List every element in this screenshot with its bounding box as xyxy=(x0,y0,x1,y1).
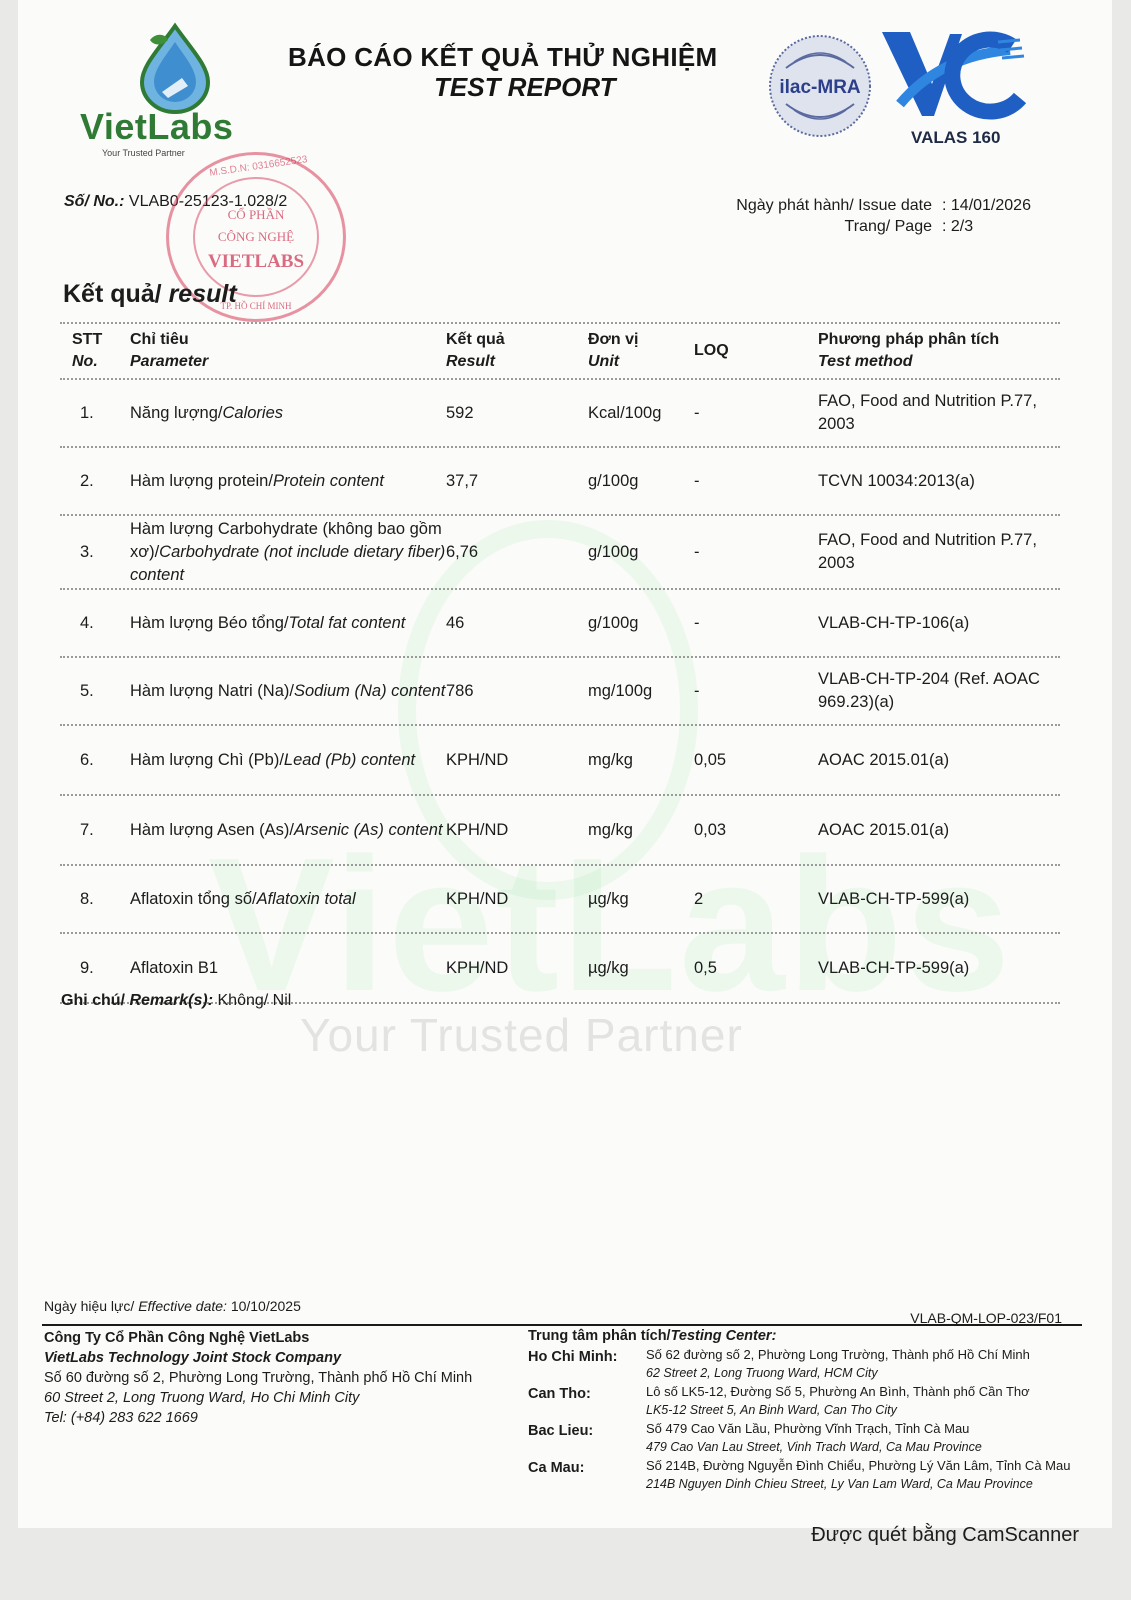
row-loq: - xyxy=(694,612,818,635)
row-unit: mg/kg xyxy=(588,819,694,842)
parameter-en: Aflatoxin total xyxy=(257,890,356,908)
row-result: 6,76 xyxy=(446,541,588,564)
row-parameter: Hàm lượng Natri (Na)/Sodium (Na) content xyxy=(130,680,446,703)
row-unit: mg/kg xyxy=(588,749,694,772)
row-method: FAO, Food and Nutrition P.77, 2003 xyxy=(818,390,1060,436)
row-method: AOAC 2015.01(a) xyxy=(818,749,1060,772)
row-parameter: Aflatoxin tổng số/Aflatoxin total xyxy=(130,888,446,911)
row-result: KPH/ND xyxy=(446,957,588,980)
row-loq: - xyxy=(694,541,818,564)
center-address-en: LK5-12 Street 5, An Binh Ward, Can Tho C… xyxy=(646,1401,1030,1419)
row-unit: Kcal/100g xyxy=(588,402,694,425)
report-title-en: TEST REPORT xyxy=(434,72,616,103)
header-parameter: Chỉ tiêuParameter xyxy=(130,329,446,373)
row-no: 2. xyxy=(60,470,130,493)
row-unit: µg/kg xyxy=(588,957,694,980)
remark-label-en: Remark(s): xyxy=(129,992,213,1009)
parameter-en: Protein content xyxy=(273,472,384,490)
center-name: Ca Mau: xyxy=(528,1457,646,1493)
row-no: 6. xyxy=(60,749,130,772)
stamp-line-1: CỔ PHẦN xyxy=(169,207,343,223)
svg-text:ilac-MRA: ilac-MRA xyxy=(779,77,861,98)
parameter-vn: Hàm lượng Asen (As)/ xyxy=(130,821,294,839)
table-row: 8.Aflatoxin tổng số/Aflatoxin totalKPH/N… xyxy=(60,866,1060,932)
remark-value: Không/ Nil xyxy=(218,992,292,1009)
table-body: 1.Năng lượng/Calories592Kcal/100g-FAO, F… xyxy=(60,380,1060,1004)
row-loq: - xyxy=(694,402,818,425)
company-address-en: 60 Street 2, Long Truong Ward, Ho Chi Mi… xyxy=(44,1388,472,1408)
stamp-ring-text: M.S.D.N: 0316652523 xyxy=(209,154,309,179)
issue-date-label: Ngày phát hành/ Issue date xyxy=(736,195,932,216)
table-row: 2.Hàm lượng protein/Protein content37,7g… xyxy=(60,448,1060,514)
row-loq: - xyxy=(694,680,818,703)
row-result: KPH/ND xyxy=(446,749,588,772)
remark-label-vn: Ghi chú/ xyxy=(61,992,125,1009)
parameter-vn: Hàm lượng Natri (Na)/ xyxy=(130,682,294,700)
center-name: Ho Chi Minh: xyxy=(528,1346,646,1382)
company-name-en: VietLabs Technology Joint Stock Company xyxy=(44,1348,472,1368)
table-header: STTNo. Chỉ tiêuParameter Kết quảResult Đ… xyxy=(60,324,1060,378)
parameter-en: Lead (Pb) content xyxy=(284,751,415,769)
row-unit: µg/kg xyxy=(588,888,694,911)
effective-label-vn: Ngày hiệu lực/ xyxy=(44,1298,134,1314)
row-loq: 0,05 xyxy=(694,749,818,772)
results-table: STTNo. Chỉ tiêuParameter Kết quảResult Đ… xyxy=(60,322,1060,1004)
logo-tagline: Your Trusted Partner xyxy=(102,148,185,158)
doc-no-label: Số/ No.: xyxy=(64,193,124,210)
parameter-vn: Aflatoxin tổng số/ xyxy=(130,890,257,908)
row-method: AOAC 2015.01(a) xyxy=(818,819,1060,842)
center-address-en: 62 Street 2, Long Truong Ward, HCM City xyxy=(646,1364,1030,1382)
section-title: Kết quả/ result xyxy=(63,280,237,309)
parameter-en: Calories xyxy=(223,404,284,422)
row-result: 46 xyxy=(446,612,588,635)
row-method: VLAB-CH-TP-204 (Ref. AOAC 969.23)(a) xyxy=(818,668,1060,714)
center-address: Số 62 đường số 2, Phường Long Trường, Th… xyxy=(646,1346,1030,1382)
row-method: VLAB-CH-TP-599(a) xyxy=(818,957,1060,980)
table-row: 6.Hàm lượng Chì (Pb)/Lead (Pb) contentKP… xyxy=(60,726,1060,794)
center-address: Số 479 Cao Văn Lầu, Phường Vĩnh Trạch, T… xyxy=(646,1420,982,1456)
row-method: VLAB-CH-TP-106(a) xyxy=(818,612,1060,635)
valas-label: VALAS 160 xyxy=(911,128,1000,148)
parameter-vn: Hàm lượng Chì (Pb)/ xyxy=(130,751,284,769)
center-address-vn: Số 62 đường số 2, Phường Long Trường, Th… xyxy=(646,1346,1030,1364)
row-loq: - xyxy=(694,470,818,493)
row-parameter: Năng lượng/Calories xyxy=(130,402,446,425)
center-name: Bac Lieu: xyxy=(528,1420,646,1456)
row-loq: 0,5 xyxy=(694,957,818,980)
water-drop-icon xyxy=(132,22,218,114)
testing-center: Can Tho: Lô số LK5-12, Đường Số 5, Phườn… xyxy=(528,1383,1070,1419)
company-tel: Tel: (+84) 283 622 1669 xyxy=(44,1408,472,1428)
row-no: 9. xyxy=(60,957,130,980)
table-row: 1.Năng lượng/Calories592Kcal/100g-FAO, F… xyxy=(60,380,1060,446)
parameter-en: Total fat content xyxy=(289,614,406,632)
center-address: Số 214B, Đường Nguyễn Đình Chiểu, Phường… xyxy=(646,1457,1070,1493)
row-no: 5. xyxy=(60,680,130,703)
table-row: 4.Hàm lượng Béo tổng/Total fat content46… xyxy=(60,590,1060,656)
logo-wordmark: VietLabs xyxy=(80,106,233,148)
row-unit: g/100g xyxy=(588,470,694,493)
row-loq: 2 xyxy=(694,888,818,911)
report-title-vn: BÁO CÁO KẾT QUẢ THỬ NGHIỆM xyxy=(288,42,717,73)
row-method: VLAB-CH-TP-599(a) xyxy=(818,888,1060,911)
company-address-vn: Số 60 đường số 2, Phường Long Trường, Th… xyxy=(44,1368,472,1388)
row-no: 1. xyxy=(60,402,130,425)
header-result: Kết quảResult xyxy=(446,329,588,373)
effective-label-en: Effective date: xyxy=(138,1298,227,1314)
ilac-mra-logo-icon: ilac-MRA xyxy=(766,32,874,140)
row-result: KPH/ND xyxy=(446,819,588,842)
row-parameter: Hàm lượng Chì (Pb)/Lead (Pb) content xyxy=(130,749,446,772)
row-result: 592 xyxy=(446,402,588,425)
remark: Ghi chú/ Remark(s): Không/ Nil xyxy=(61,992,291,1010)
footer-divider xyxy=(42,1324,1082,1326)
center-address-en: 479 Cao Van Lau Street, Vinh Trach Ward,… xyxy=(646,1438,982,1456)
row-loq: 0,03 xyxy=(694,819,818,842)
row-method: FAO, Food and Nutrition P.77, 2003 xyxy=(818,529,1060,575)
section-title-vn: Kết quả/ xyxy=(63,280,162,308)
row-no: 4. xyxy=(60,612,130,635)
row-method: TCVN 10034:2013(a) xyxy=(818,470,1060,493)
report-page: VietLabs Your Trusted Partner VietLabs Y… xyxy=(18,0,1112,1528)
row-parameter: Aflatoxin B1 xyxy=(130,957,446,980)
page-value: : 2/3 xyxy=(932,216,1044,237)
parameter-vn: Năng lượng/ xyxy=(130,404,223,422)
row-parameter: Hàm lượng Asen (As)/Arsenic (As) content xyxy=(130,819,446,842)
header-unit: Đơn vịUnit xyxy=(588,329,694,373)
center-address: Lô số LK5-12, Đường Số 5, Phường An Bình… xyxy=(646,1383,1030,1419)
section-title-en: result xyxy=(169,280,237,308)
header-loq: LOQ xyxy=(694,340,818,362)
camscanner-note: Được quét bằng CamScanner xyxy=(811,1524,1079,1547)
report-meta: Ngày phát hành/ Issue date : 14/01/2026 … xyxy=(736,195,1044,237)
center-name: Can Tho: xyxy=(528,1383,646,1419)
company-name-vn: Công Ty Cổ Phần Công Nghệ VietLabs xyxy=(44,1328,472,1348)
row-result: 786 xyxy=(446,680,588,703)
watermark-tagline: Your Trusted Partner xyxy=(300,1008,743,1062)
table-row: 7.Hàm lượng Asen (As)/Arsenic (As) conte… xyxy=(60,796,1060,864)
row-parameter: Hàm lượng Carbohydrate (không bao gồm xơ… xyxy=(130,518,446,587)
table-row: 3.Hàm lượng Carbohydrate (không bao gồm … xyxy=(60,516,1060,588)
testing-centers: Trung tâm phân tích/Testing Center: Ho C… xyxy=(528,1328,1070,1493)
row-unit: mg/100g xyxy=(588,680,694,703)
stamp-line-3: VIETLABS xyxy=(169,251,343,273)
parameter-en: Arsenic (As) content xyxy=(294,821,443,839)
row-parameter: Hàm lượng protein/Protein content xyxy=(130,470,446,493)
parameter-en: Carbohydrate (not include dietary fiber)… xyxy=(130,543,445,584)
stamp-line-2: CÔNG NGHỆ xyxy=(169,229,343,245)
row-parameter: Hàm lượng Béo tổng/Total fat content xyxy=(130,612,446,635)
centers-title: Trung tâm phân tích/Testing Center: xyxy=(528,1328,1070,1345)
company-info: Công Ty Cổ Phần Công Nghệ VietLabs VietL… xyxy=(44,1328,472,1428)
center-address-vn: Lô số LK5-12, Đường Số 5, Phường An Bình… xyxy=(646,1383,1030,1401)
row-unit: g/100g xyxy=(588,612,694,635)
parameter-en: Sodium (Na) content xyxy=(294,682,445,700)
testing-center: Bac Lieu: Số 479 Cao Văn Lầu, Phường Vĩn… xyxy=(528,1420,1070,1456)
row-unit: g/100g xyxy=(588,541,694,564)
center-address-vn: Số 214B, Đường Nguyễn Đình Chiểu, Phường… xyxy=(646,1457,1070,1475)
header-method: Phương pháp phân tíchTest method xyxy=(818,329,1060,373)
effective-value: 10/10/2025 xyxy=(231,1298,301,1314)
parameter-vn: Hàm lượng Béo tổng/ xyxy=(130,614,289,632)
row-no: 8. xyxy=(60,888,130,911)
center-address-vn: Số 479 Cao Văn Lầu, Phường Vĩnh Trạch, T… xyxy=(646,1420,982,1438)
testing-center: Ca Mau: Số 214B, Đường Nguyễn Đình Chiểu… xyxy=(528,1457,1070,1493)
row-no: 7. xyxy=(60,819,130,842)
row-result: KPH/ND xyxy=(446,888,588,911)
center-address-en: 214B Nguyen Dinh Chieu Street, Ly Van La… xyxy=(646,1475,1070,1493)
testing-center: Ho Chi Minh: Số 62 đường số 2, Phường Lo… xyxy=(528,1346,1070,1382)
header-no: STTNo. xyxy=(60,329,130,373)
logo-name: VietLabs xyxy=(80,106,233,147)
issue-date-value: : 14/01/2026 xyxy=(932,195,1044,216)
effective-date: Ngày hiệu lực/ Effective date: 10/10/202… xyxy=(44,1298,301,1314)
row-result: 37,7 xyxy=(446,470,588,493)
row-no: 3. xyxy=(60,541,130,564)
table-row: 5.Hàm lượng Natri (Na)/Sodium (Na) conte… xyxy=(60,658,1060,724)
parameter-vn: Aflatoxin B1 xyxy=(130,959,218,977)
valas-vc-logo-icon xyxy=(880,26,1030,126)
page-label: Trang/ Page xyxy=(845,216,932,237)
parameter-vn: Hàm lượng protein/ xyxy=(130,472,273,490)
